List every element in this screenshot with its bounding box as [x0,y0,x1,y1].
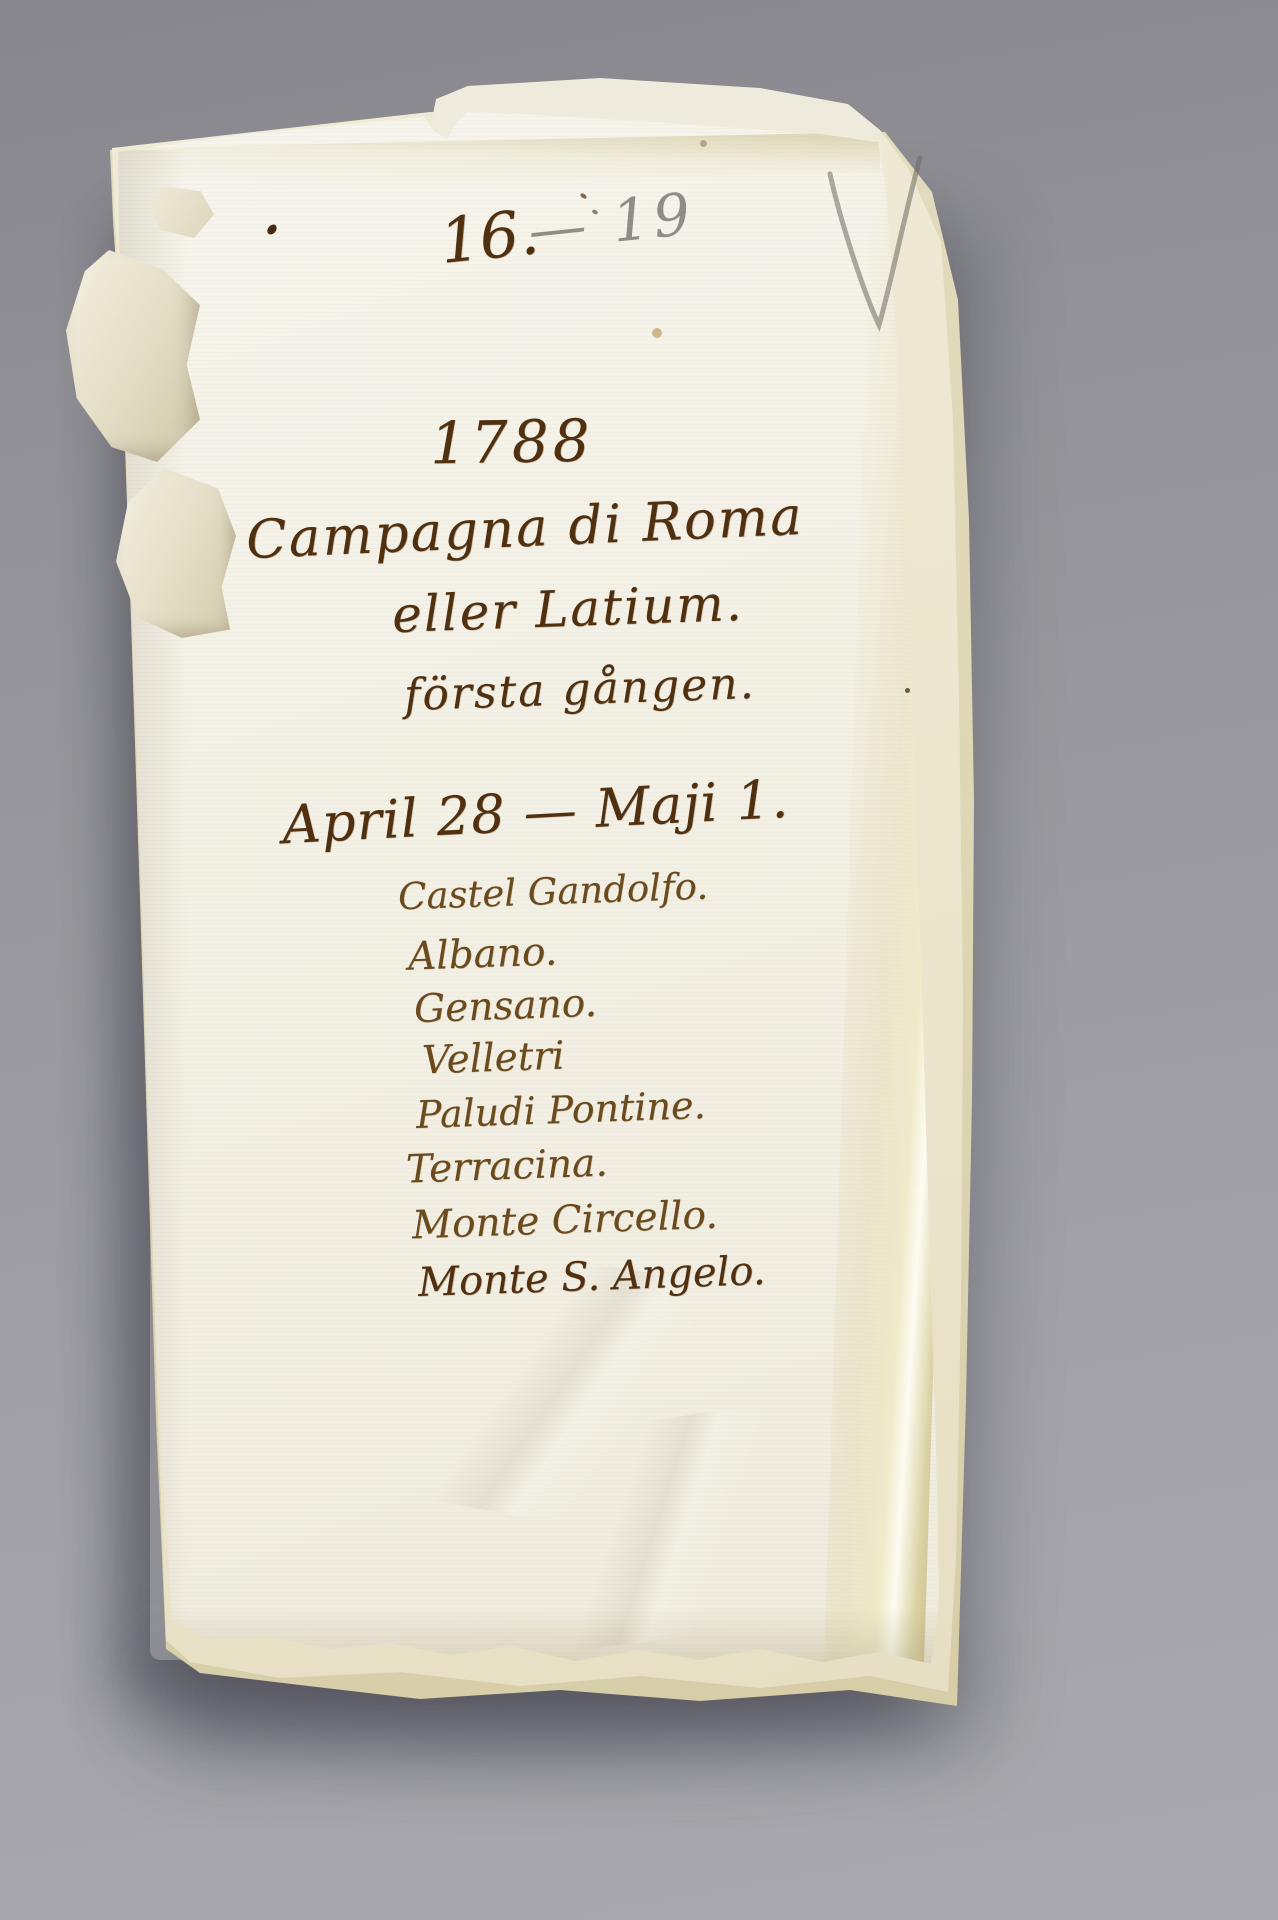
photo-background: 16. — 19 1788 Campagna di Roma eller Lat… [0,0,1278,1920]
title-line-2: eller Latium. [391,574,744,644]
paper-stain [700,140,707,147]
year-heading: 1788 [429,407,594,478]
paper-stain [905,688,910,693]
paper-stain [652,328,662,338]
place-item: Terracina. [405,1140,608,1192]
place-item: Velletri [421,1034,565,1084]
pencil-check-mark-icon [808,132,938,342]
place-item: Gensano. [413,981,597,1032]
place-item: Albano. [407,929,558,979]
